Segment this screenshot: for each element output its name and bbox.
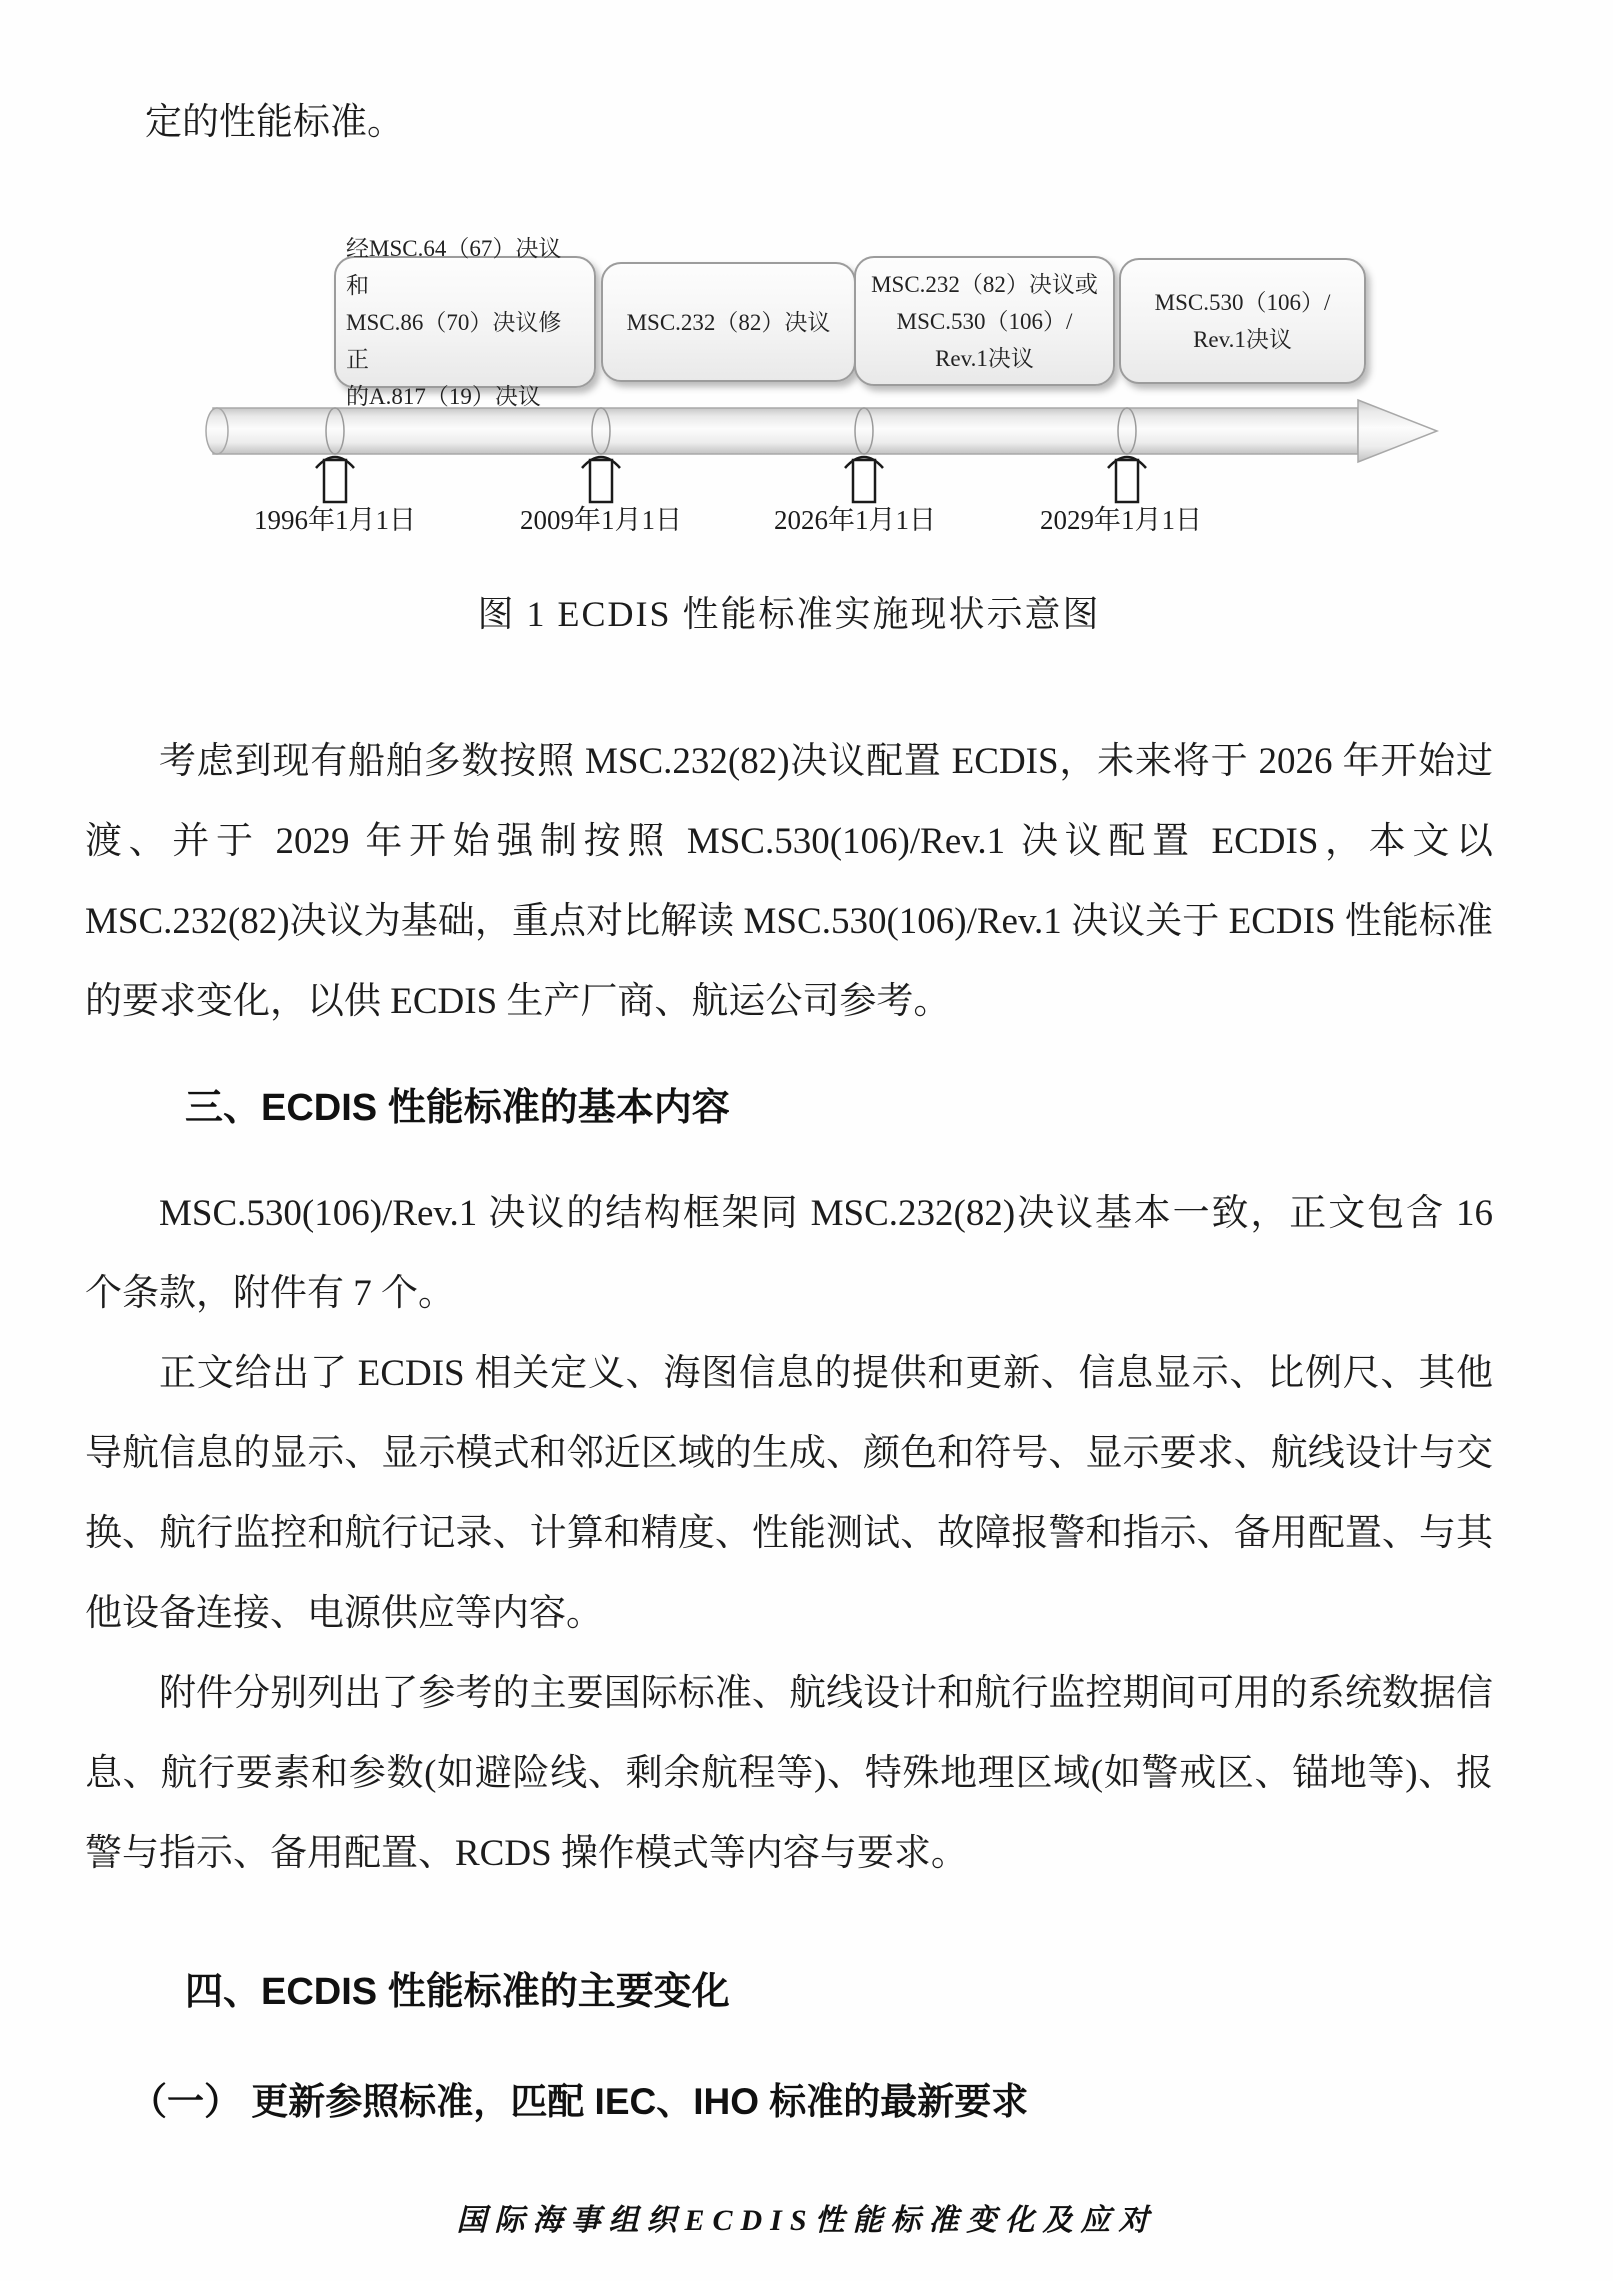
figure-timeline: 经MSC.64（67）决议和 MSC.86（70）决议修正 的A.817（19）… <box>85 236 1493 536</box>
section-heading-4: 四、ECDIS 性能标准的主要变化 <box>185 1962 1493 2022</box>
continuation-text: 定的性能标准。 <box>145 100 1493 146</box>
milestone-arrow-icons <box>316 457 1146 502</box>
milestone-date: 2009年1月1日 <box>491 498 711 537</box>
document-page: 定的性能标准。 <box>0 0 1613 2281</box>
timeline-box-msc232: MSC.232（82）决议 <box>601 262 856 382</box>
timeline-tube-cap <box>206 408 228 454</box>
body-paragraph: 附件分别列出了参考的主要国际标准、航线设计和航行监控期间可用的系统数据信息、航行… <box>85 1654 1493 1894</box>
subsection-heading-1: （一） 更新参照标准，匹配 IEC、IHO 标准的最新要求 <box>130 2072 1493 2132</box>
page-footer: 国际海事组织ECDIS性能标准变化及应对 <box>0 2195 1613 2239</box>
section-heading-3: 三、ECDIS 性能标准的基本内容 <box>185 1078 1493 1138</box>
milestone-date: 2026年1月1日 <box>745 498 965 537</box>
figure-caption: 图 1 ECDIS 性能标准实施现状示意图 <box>85 588 1493 640</box>
body-paragraph: 正文给出了 ECDIS 相关定义、海图信息的提供和更新、信息显示、比例尺、其他导… <box>85 1334 1493 1654</box>
timeline-box-msc232-or-530: MSC.232（82）决议或 MSC.530（106）/ Rev.1决议 <box>854 256 1115 386</box>
timeline-arrow-icon <box>1358 400 1437 462</box>
timeline-tube <box>213 408 1358 454</box>
timeline-box-a817: 经MSC.64（67）决议和 MSC.86（70）决议修正 的A.817（19）… <box>334 256 596 388</box>
milestone-date: 1996年1月1日 <box>225 498 445 537</box>
timeline-box-msc530: MSC.530（106）/ Rev.1决议 <box>1119 258 1366 384</box>
body-paragraph: MSC.530(106)/Rev.1 决议的结构框架同 MSC.232(82)决… <box>85 1174 1493 1334</box>
milestone-date: 2029年1月1日 <box>1011 498 1231 537</box>
body-paragraph: 考虑到现有船舶多数按照 MSC.232(82)决议配置 ECDIS，未来将于 2… <box>85 722 1493 1042</box>
